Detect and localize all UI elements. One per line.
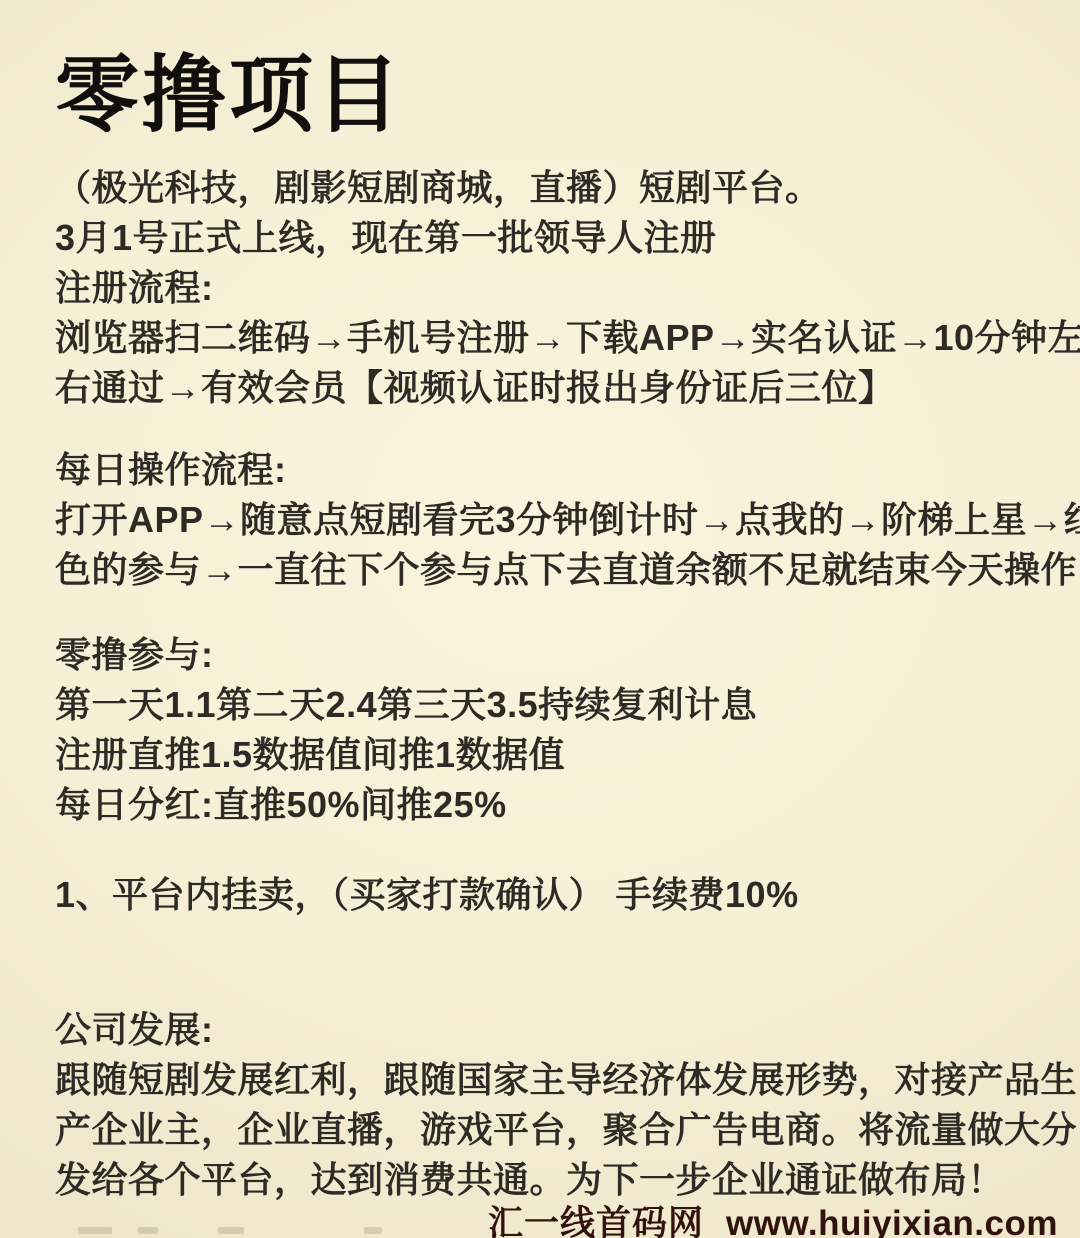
text-line: 3月1号正式上线，现在第一批领导人注册 (55, 213, 1040, 263)
text-line: 打开APP→随意点短剧看完3分钟倒计时→点我的→阶梯上星→红 (55, 495, 1040, 545)
text-line: 浏览器扫二维码→手机号注册→下载APP→实名认证→10分钟左 (55, 313, 1040, 363)
document-content: 零撸项目 （极光科技，剧影短剧商城，直播）短剧平台。3月1号正式上线，现在第一批… (55, 52, 1040, 1205)
text-line: 注册流程: (55, 263, 1040, 313)
document-body: （极光科技，剧影短剧商城，直播）短剧平台。3月1号正式上线，现在第一批领导人注册… (55, 163, 1040, 1205)
text-line: 零撸参与: (55, 630, 1040, 680)
text-block-platform-sale: 1、平台内挂卖，（买家打款确认） 手续费10% (55, 870, 1040, 920)
text-line: 公司发展: (55, 1005, 1040, 1055)
text-block-company-development: 公司发展:跟随短剧发展红利，跟随国家主导经济体发展形势，对接产品生产企业主，企业… (55, 1005, 1040, 1205)
watermark: 汇一线首码网www.huiyixian.com (488, 1196, 1058, 1238)
page-title: 零撸项目 (55, 52, 1040, 139)
text-line: 右通过→有效会员【视频认证时报出身份证后三位】 (55, 363, 1040, 413)
text-line: （极光科技，剧影短剧商城，直播）短剧平台。 (55, 163, 1040, 213)
text-line: 每日分红:直推50%间推25% (55, 780, 1040, 830)
cutoff-text-remnant (78, 1227, 408, 1238)
watermark-url: www.huiyixian.com (726, 1204, 1058, 1238)
text-line: 色的参与→一直往下个参与点下去直道余额不足就结束今天操作 (55, 545, 1040, 595)
text-line: 1、平台内挂卖，（买家打款确认） 手续费10% (55, 870, 1040, 920)
text-line: 每日操作流程: (55, 445, 1040, 495)
watermark-site-name: 汇一线首码网 (488, 1204, 704, 1238)
announcement-page: 零撸项目 （极光科技，剧影短剧商城，直播）短剧平台。3月1号正式上线，现在第一批… (0, 0, 1080, 1238)
text-block-intro: （极光科技，剧影短剧商城，直播）短剧平台。3月1号正式上线，现在第一批领导人注册… (55, 163, 1040, 413)
text-block-zero-cost-participation: 零撸参与:第一天1.1第二天2.4第三天3.5持续复利计息注册直推1.5数据值间… (55, 630, 1040, 830)
text-line: 注册直推1.5数据值间推1数据值 (55, 730, 1040, 780)
text-block-daily-operation: 每日操作流程:打开APP→随意点短剧看完3分钟倒计时→点我的→阶梯上星→红色的参… (55, 445, 1040, 595)
text-line: 跟随短剧发展红利，跟随国家主导经济体发展形势，对接产品生 (55, 1055, 1040, 1105)
text-line: 产企业主，企业直播，游戏平台，聚合广告电商。将流量做大分 (55, 1105, 1040, 1155)
text-line: 第一天1.1第二天2.4第三天3.5持续复利计息 (55, 680, 1040, 730)
